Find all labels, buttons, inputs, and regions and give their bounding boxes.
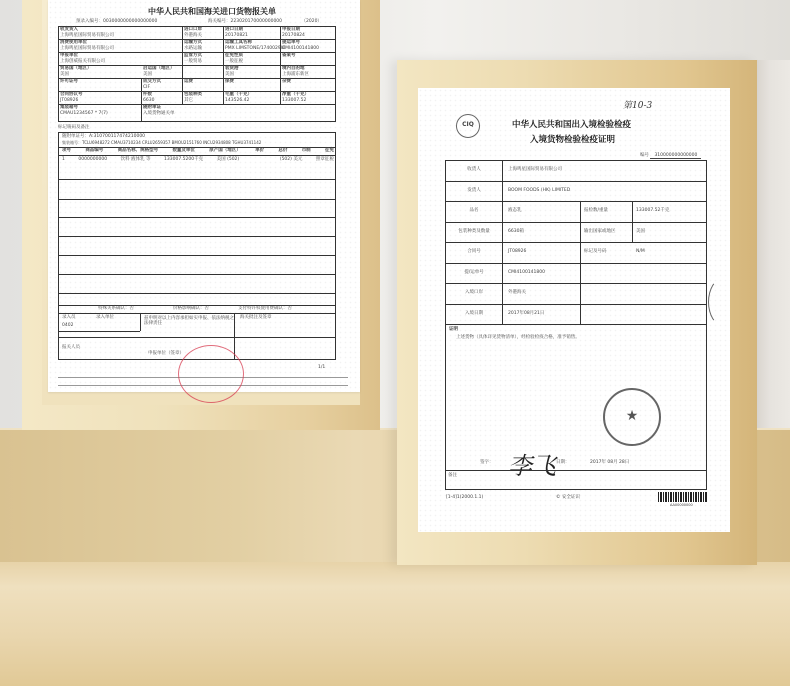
- declaration-field: 收发货人上海鸣星国际贸易有限公司: [60, 28, 114, 38]
- declaration-field: 消费使用单位上海鸣星国际贸易有限公司: [60, 41, 114, 51]
- royalty-confirm: 支付特许权使用费确认：否: [238, 307, 292, 312]
- special-relation-confirm: 特殊关系确认：否: [98, 307, 134, 312]
- declaration-field: 监管方式一般贸易: [184, 54, 202, 64]
- certificate-row-value-2: 美国: [636, 230, 645, 235]
- declaration-field: 许可证号: [60, 80, 78, 86]
- edge-seal: [708, 278, 738, 326]
- certificate-row-label: 收货人: [448, 168, 500, 173]
- certificate-row-value-2: 133007.52千克: [636, 209, 669, 214]
- prerecord-number: 预录入编号：0030000000000000000: [76, 20, 157, 25]
- certificate-row-label: 发货人: [448, 189, 500, 194]
- goods-column-header: 原产国（地区）: [209, 149, 241, 154]
- certificate-title-line-2: 入境货物检验检疫证明: [530, 133, 615, 145]
- declaration-field: 运费: [184, 80, 193, 86]
- declaration-field: 净重（千克）133007.52: [282, 93, 309, 103]
- goods-table-header: 项号商品编号商品名称、规格型号数量及单位原产国（地区）单价总价币制征免: [62, 149, 334, 154]
- declaration-field: 毛重（千克）143526.42: [225, 93, 252, 103]
- certificate-row-value: 上海鸣星国际贸易有限公司: [508, 168, 562, 173]
- declaration-field: 申报日期20170824: [282, 28, 305, 38]
- display-floor: [0, 562, 790, 686]
- declaration-field: 启运国（地区）美国: [143, 67, 175, 77]
- barcode: [658, 492, 708, 502]
- goods-column-header: 数量及单位: [172, 149, 195, 154]
- declaration-field: 合同协议号JT08926: [60, 93, 83, 103]
- goods-column-header: 征免: [325, 149, 334, 154]
- declaration-field: 运输方式水路运输: [184, 41, 202, 51]
- customs-red-seal: [178, 345, 244, 403]
- goods-column-header: 币制: [302, 149, 311, 154]
- declaration-field: 进口日期20170821: [225, 28, 248, 38]
- goods-table-row: 10000000000饮料 液体乳 等133007.5200千克美国 (502)…: [62, 158, 334, 163]
- goods-column-header: 总价: [278, 149, 287, 154]
- declaration-field: 征免性质一般征税: [225, 54, 243, 64]
- declaration-field: 贸易国（地区）美国: [60, 67, 92, 77]
- form-code: [1-4]1(2000.1.1): [446, 496, 483, 501]
- proof-text: 上述货物（具体详见货物清单），经检验检疫合格，准予销售。: [456, 336, 580, 341]
- declaration-field: 杂费: [282, 80, 291, 86]
- certificate-row-value: CMI4100141800: [508, 271, 545, 276]
- goods-cell: 1: [62, 158, 65, 163]
- notes-line-1: 随附单证号：A:310700117474210000: [62, 135, 145, 140]
- remarks-label: 备注: [448, 474, 457, 479]
- goods-column-header: 商品名称、规格型号: [118, 149, 159, 154]
- marks-label: 标记唛码及备注: [58, 126, 90, 131]
- declaration-field: 进口口岸外港海关: [184, 28, 202, 38]
- declaration-title: 中华人民共和国海关进口货物报关单: [148, 6, 276, 17]
- sign-label: 签字：: [480, 461, 494, 466]
- declaration-field: 运输工具名称PMX LIMSTONE/1740029W: [225, 41, 285, 51]
- certificate-row-label-2: 标记及号码: [584, 250, 607, 255]
- proof-label: 证明: [449, 328, 458, 333]
- date-label: 日期：: [556, 461, 570, 466]
- inspection-seal: ★: [603, 388, 661, 446]
- goods-column-header: 项号: [62, 149, 71, 154]
- certificate-row-label: 品名: [448, 209, 500, 214]
- goods-cell: 美国 (502): [217, 158, 240, 163]
- certificate-row-label: 入境日期: [448, 312, 500, 317]
- goods-cell: 133007.5200千克: [164, 158, 203, 163]
- goods-column-header: 单价: [255, 149, 264, 154]
- barcode-text: AA00000000: [670, 504, 693, 508]
- signature: 李飞: [508, 446, 556, 481]
- certificate-row-value: BOOM FOODS (HK) LIMITED: [508, 189, 570, 194]
- certificate-row-label: 入境口岸: [448, 291, 500, 296]
- notes-line-2: 集装箱号：TCLU6948272 CMAU3710234 CRLU2659357…: [62, 141, 261, 145]
- inspection-certificate-document: 第10-3 CIQ 中华人民共和国出入境检验检疫 入境货物检验检疫证明 编号 3…: [418, 88, 730, 532]
- goods-cell: 饮料 液体乳 等: [121, 158, 151, 163]
- certificate-title-line-1: 中华人民共和国出入境检验检疫: [512, 118, 631, 130]
- certificate-row-label-2: 报检数/重量: [584, 209, 608, 214]
- goods-column-header: 商品编号: [85, 149, 103, 154]
- date-value: 2017年 08月 28日: [590, 461, 629, 466]
- certificate-number: 编号 310000000000000: [640, 154, 701, 159]
- certificate-row-label: 提/运单号: [448, 271, 500, 276]
- certificate-row-value: 外港海关: [508, 291, 526, 296]
- declaration-field: 境内目的地上海浦东新区: [282, 67, 309, 77]
- goods-cell: 照章征税: [316, 158, 334, 163]
- certificate-row-label: 合同号: [448, 250, 500, 255]
- security-watermark: © 安全证识: [556, 496, 580, 501]
- customs-declaration-document: 中华人民共和国海关进口货物报关单 预录入编号：00300000000000000…: [48, 0, 360, 392]
- declaration-field: 装货港美国: [225, 67, 239, 77]
- declaration-field: 件数6630: [143, 93, 154, 103]
- declaration-field: 成交方式CIF: [143, 80, 161, 90]
- declaration-field: 保费: [225, 80, 234, 86]
- customs-number: 海关编号：223020170000000000 （2020）: [208, 20, 322, 25]
- goods-cell: 0000000000: [78, 158, 107, 163]
- goods-cell: (502) 美元: [280, 158, 303, 163]
- certificate-row-label-2: 输出国家或地区: [584, 230, 616, 235]
- price-confirm: 价格影响确认：否: [173, 307, 209, 312]
- handwritten-note: 第10-3: [623, 98, 652, 111]
- declaration-field: 申报单位上海创威报关有限公司: [60, 54, 105, 64]
- certificate-row-value-2: N/M: [636, 250, 645, 255]
- page-number: 1/1: [318, 366, 325, 371]
- certificate-row-label: 包装种类及数量: [448, 230, 500, 235]
- declaration-field: 备案号: [282, 54, 296, 60]
- certificate-row-value: 液态乳: [508, 209, 522, 214]
- declaration-field: 集装箱号CMAU1234567 * 7(7): [60, 106, 108, 116]
- certificate-row-value: 2017年08月21日: [508, 312, 544, 317]
- ciq-logo: CIQ: [456, 114, 480, 138]
- declaration-field: 随附单证入境货物通关单: [143, 106, 175, 116]
- certificate-row-value: 6630箱: [508, 230, 524, 235]
- declaration-field: 包装种类其它: [184, 93, 202, 103]
- declaration-field: 提运单号CMI4100141800: [282, 41, 319, 51]
- certificate-row-value: JT08926: [508, 250, 526, 255]
